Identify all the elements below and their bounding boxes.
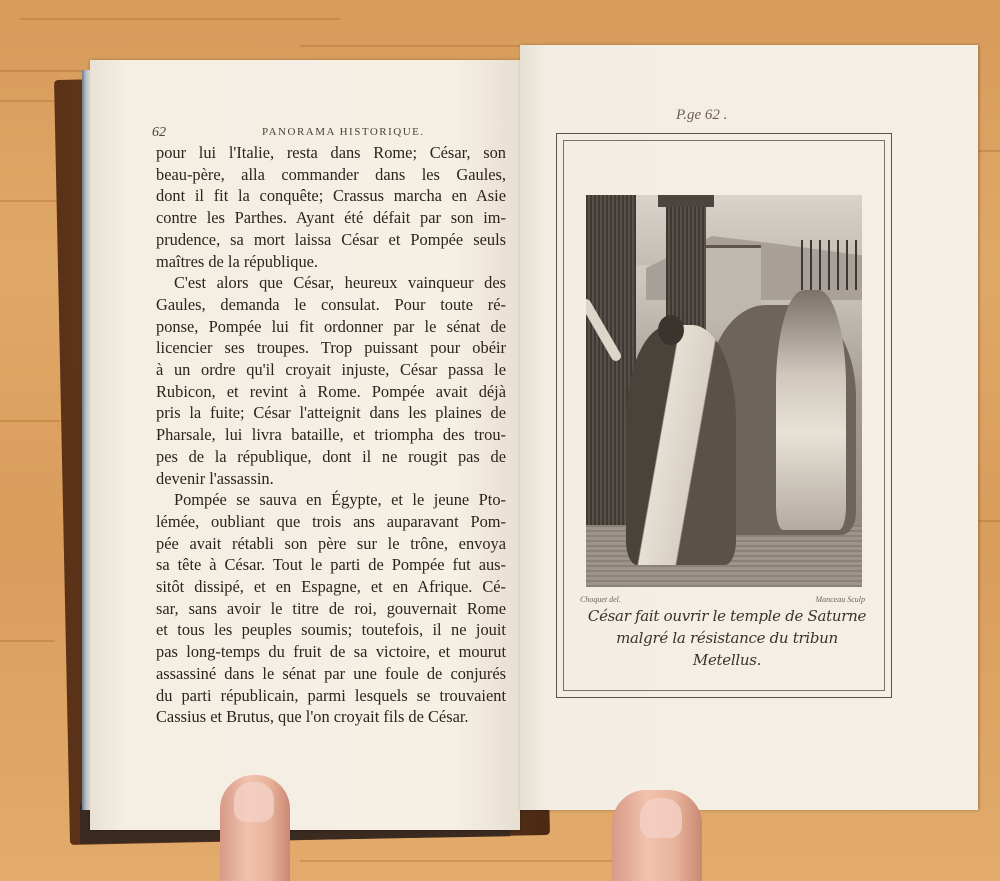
caesar-figure: [626, 325, 736, 565]
text-line: C'est alors que César, heureux vainqueur…: [156, 272, 506, 294]
text-line: Gaules, demanda le consulat. Pour toute …: [156, 294, 506, 316]
temple-capital: [658, 195, 714, 207]
text-line: pas long-temps du fruit de sa victoire, …: [156, 641, 506, 663]
text-line: assassiné dans le sénat par une foule de…: [156, 663, 506, 685]
plate-caption: César fait ouvrir le temple de Saturne m…: [582, 605, 872, 671]
text-line: maîtres de la république.: [156, 251, 506, 273]
text-line: sar, sans avoir le titre de roi, gouvern…: [156, 598, 506, 620]
text-line: Pompée se sauva en Égypte, et le jeune P…: [156, 489, 506, 511]
credit-engraver: Manceau Sculp: [815, 595, 865, 604]
text-line: pes de la république, dont il ne rougit …: [156, 446, 506, 468]
credit-draughtsman: Choquet del.: [580, 595, 621, 604]
text-line: ponse, Pompée lui fit ordonner par le sé…: [156, 316, 506, 338]
plate-reference: P.ge 62 .: [676, 107, 727, 124]
page-number: 62: [152, 125, 166, 141]
text-line: dont il fit la conquête; Crassus marcha …: [156, 185, 506, 207]
text-line: lémée, oubliant que trois ans auparavant…: [156, 511, 506, 533]
running-title: PANORAMA HISTORIQUE.: [262, 126, 425, 138]
text-line: Rubicon, et revint à Rome. Pompée avait …: [156, 381, 506, 403]
text-line: pée avait rétabli son père sur le trône,…: [156, 533, 506, 555]
text-line: prudence, sa mort laissa César et Pompée…: [156, 229, 506, 251]
left-thumbnail: [234, 782, 274, 822]
caption-line: César fait ouvrir le temple de Saturne: [582, 605, 872, 627]
body-text: pour lui l'Italie, resta dans Rome; Césa…: [156, 142, 506, 728]
text-line: du parti républicain, parmi lesquels se …: [156, 685, 506, 707]
text-line: pris la fuite; César l'atteignit dans le…: [156, 402, 506, 424]
text-line: beau-père, alla commander dans les Gaule…: [156, 164, 506, 186]
text-line: sa tête à César. Tout le parti de Pompée…: [156, 554, 506, 576]
text-line: contre les Parthes. Ayant été défait par…: [156, 207, 506, 229]
right-thumbnail: [640, 798, 682, 838]
spears: [801, 240, 861, 290]
caption-line: malgré la résistance du tribun Metellus.: [582, 627, 872, 671]
text-line: licencier ses troupes. Trop puissant pou…: [156, 337, 506, 359]
text-line: à un ordre qu'il croyait injuste, César …: [156, 359, 506, 381]
text-line: Pharsale, lui livra bataille, et triomph…: [156, 424, 506, 446]
engraving-illustration: [586, 195, 862, 587]
caesar-head: [658, 315, 684, 345]
text-line: pour lui l'Italie, resta dans Rome; Césa…: [156, 142, 506, 164]
text-line: devenir l'assassin.: [156, 468, 506, 490]
text-line: Cassius et Brutus, que l'on croyait fils…: [156, 706, 506, 728]
roman-soldier-figure: [776, 290, 846, 530]
text-line: sitôt dissipé, et en Espagne, et en Afri…: [156, 576, 506, 598]
text-line: et tous les peuples soumis; toutefois, i…: [156, 619, 506, 641]
